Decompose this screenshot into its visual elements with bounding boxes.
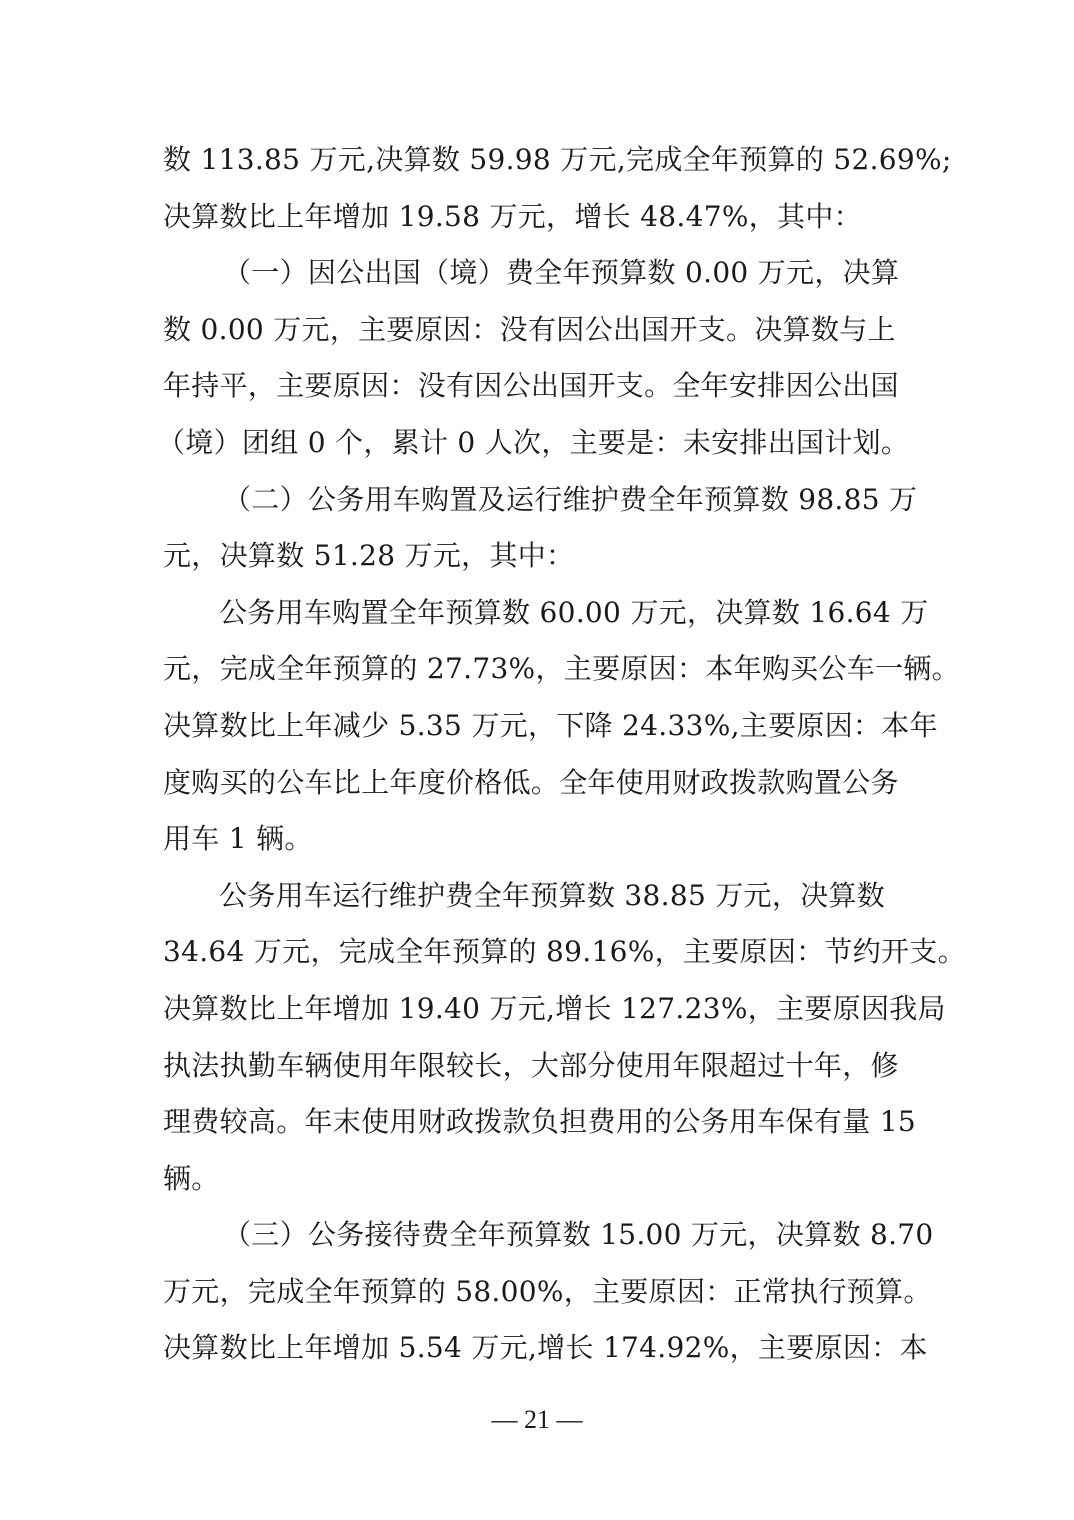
- text-line-6: （境）团组 0 个，累计 0 人次，主要是：未安排出国计划。: [157, 423, 913, 480]
- text-line-13: 用车 1 辆。: [163, 819, 913, 876]
- text-line-17: 执法执勤车辆使用年限较长，大部分使用年限超过十年，修: [163, 1046, 913, 1103]
- section-heading-3-line: （三）公务接待费全年预算数 15.00 万元，决算数 8.70: [163, 1215, 913, 1272]
- text-line-8: 元，决算数 51.28 万元，其中：: [163, 536, 913, 593]
- text-line-19: 辆。: [163, 1159, 913, 1216]
- section-heading-1-line: （一）因公出国（境）费全年预算数 0.00 万元，决算: [163, 253, 913, 310]
- text-line-15: 34.64 万元，完成全年预算的 89.16%，主要原因：节约开支。: [163, 932, 913, 989]
- text-line-18: 理费较高。年末使用财政拨款负担费用的公务用车保有量 15: [163, 1102, 913, 1159]
- document-body: 数 113.85 万元,决算数 59.98 万元,完成全年预算的 52.69%;…: [163, 140, 913, 1385]
- paragraph-vehicle-maintenance: 公务用车运行维护费全年预算数 38.85 万元，决算数: [163, 876, 913, 933]
- text-line-10: 元，完成全年预算的 27.73%，主要原因：本年购买公车一辆。: [163, 649, 913, 706]
- text-line-21: 万元，完成全年预算的 58.00%，主要原因：正常执行预算。: [163, 1272, 913, 1329]
- text-line-4: 数 0.00 万元，主要原因：没有因公出国开支。决算数与上: [163, 310, 913, 367]
- text-line-2: 决算数比上年增加 19.58 万元，增长 48.47%，其中：: [163, 197, 913, 254]
- text-line-22: 决算数比上年增加 5.54 万元,增长 174.92%，主要原因：本: [163, 1328, 913, 1385]
- text-line-11: 决算数比上年减少 5.35 万元，下降 24.33%,主要原因：本年: [163, 706, 913, 763]
- section-heading-2-line: （二）公务用车购置及运行维护费全年预算数 98.85 万: [163, 480, 913, 537]
- text-line-1: 数 113.85 万元,决算数 59.98 万元,完成全年预算的 52.69%;: [163, 140, 913, 197]
- paragraph-vehicle-purchase: 公务用车购置全年预算数 60.00 万元，决算数 16.64 万: [163, 593, 913, 650]
- text-line-12: 度购买的公车比上年度价格低。全年使用财政拨款购置公务: [163, 763, 913, 820]
- text-line-5: 年持平，主要原因：没有因公出国开支。全年安排因公出国: [163, 366, 913, 423]
- text-line-16: 决算数比上年增加 19.40 万元,增长 127.23%，主要原因我局: [163, 989, 913, 1046]
- page-number: — 21 —: [0, 1400, 1074, 1440]
